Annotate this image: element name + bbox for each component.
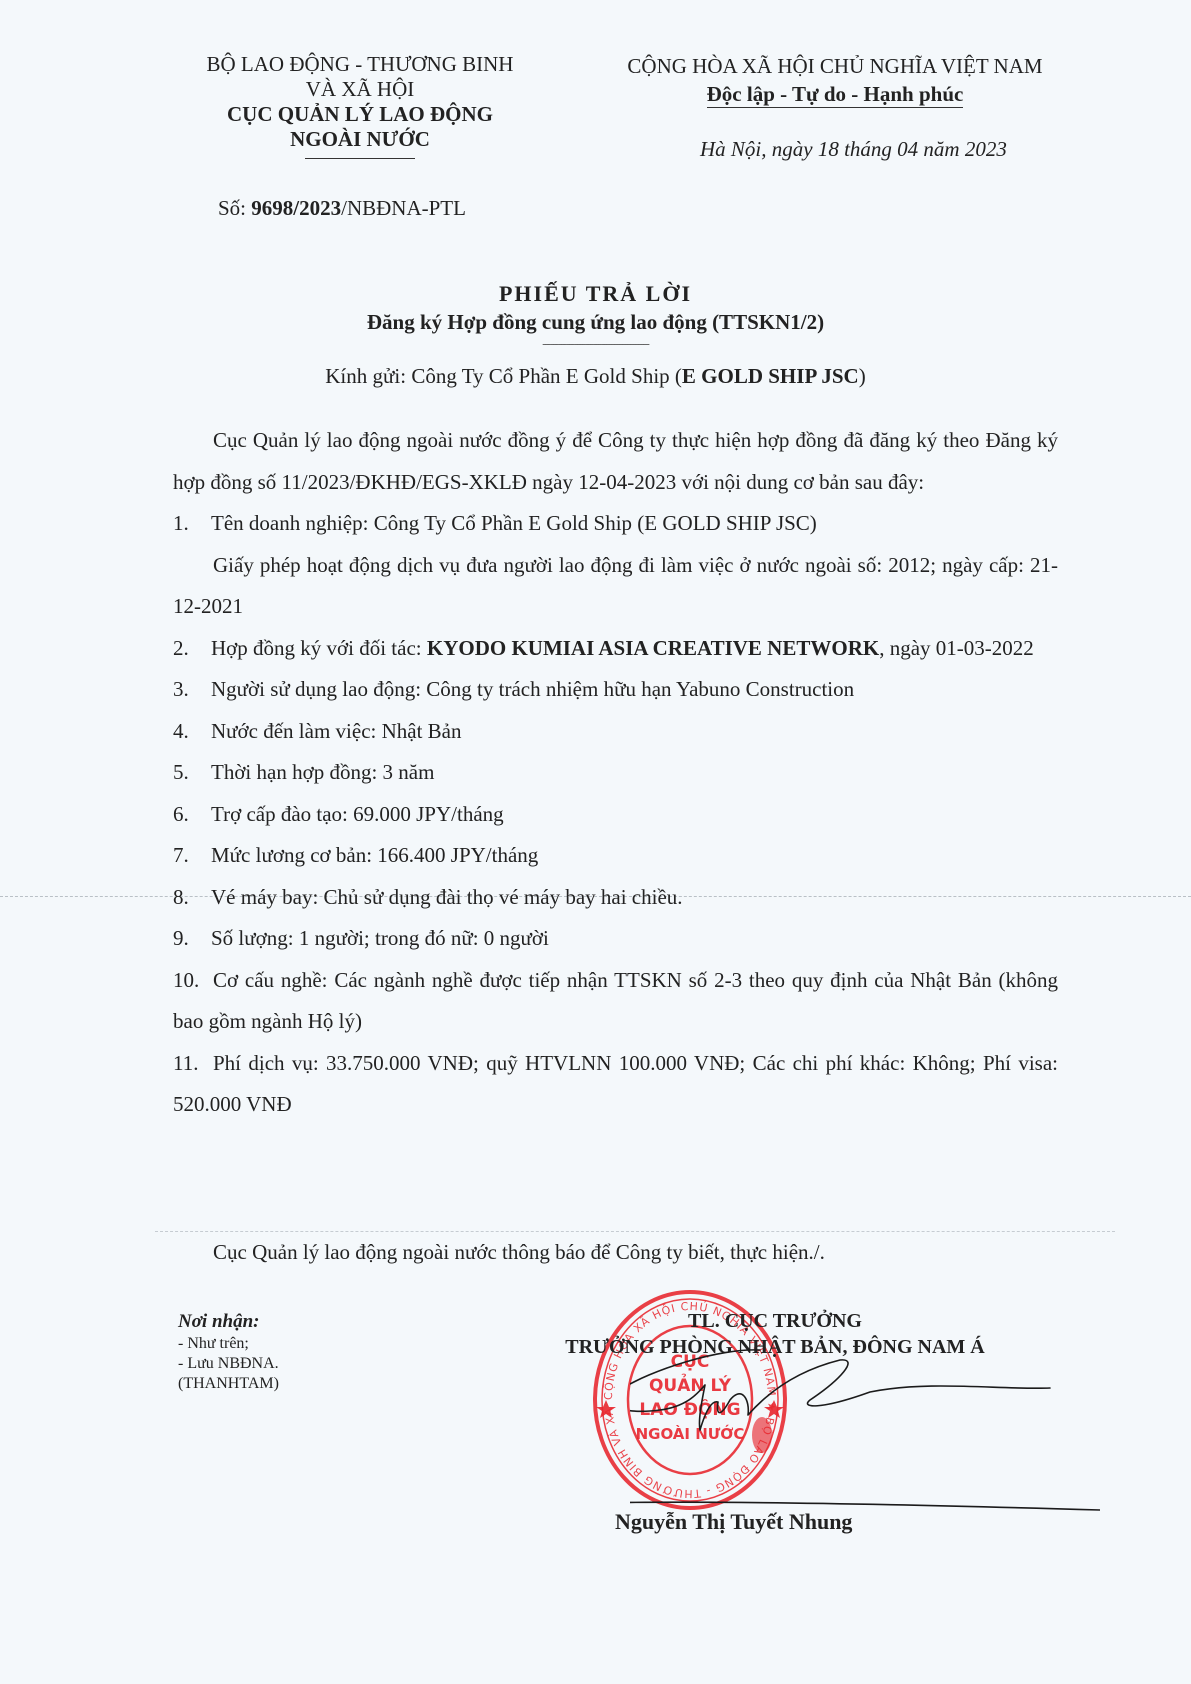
- item-text: Mức lương cơ bản: 166.400 JPY/tháng: [211, 835, 1058, 877]
- handwritten-signature-icon: [630, 1330, 1100, 1530]
- list-item-10: 10.Cơ cấu nghề: Các ngành nghề được tiếp…: [173, 960, 1058, 1043]
- item-number: 1.: [173, 503, 211, 545]
- document-number-label: Số:: [218, 196, 251, 220]
- item-text: Cơ cấu nghề: Các ngành nghề được tiếp nh…: [173, 968, 1058, 1034]
- recipient-item: (THANHTAM): [178, 1374, 279, 1394]
- department-line-1: CỤC QUẢN LÝ LAO ĐỘNG: [160, 102, 560, 127]
- closing-statement: Cục Quản lý lao động ngoài nước thông bá…: [213, 1240, 825, 1265]
- item-text: Người sử dụng lao động: Công ty trách nh…: [211, 669, 1058, 711]
- item-number: 10.: [173, 960, 213, 1002]
- item-number: 2.: [173, 628, 211, 670]
- list-item-1: 1. Tên doanh nghiệp: Công Ty Cổ Phần E G…: [173, 503, 1058, 545]
- list-item-6: 6. Trợ cấp đào tạo: 69.000 JPY/tháng: [173, 794, 1058, 836]
- item-text: Thời hạn hợp đồng: 3 năm: [211, 752, 1058, 794]
- recipients-block: Nơi nhận: - Như trên; - Lưu NBĐNA. (THAN…: [178, 1310, 279, 1394]
- item-label: Tên doanh nghiệp:: [211, 511, 374, 535]
- date-line: Hà Nội, ngày 18 tháng 04 năm 2023: [700, 137, 1007, 162]
- item-number: 7.: [173, 835, 211, 877]
- item-number: 3.: [173, 669, 211, 711]
- department-line-2: NGOÀI NƯỚC: [160, 127, 560, 152]
- ministry-line-1: BỘ LAO ĐỘNG - THƯƠNG BINH: [160, 52, 560, 77]
- item-number: 4.: [173, 711, 211, 753]
- item-text: Số lượng: 1 người; trong đó nữ: 0 người: [211, 918, 1058, 960]
- list-item-4: 4. Nước đến làm việc: Nhật Bản: [173, 711, 1058, 753]
- recipients-label: Nơi nhận:: [178, 1310, 279, 1334]
- item-label: Hợp đồng ký với đối tác:: [211, 636, 427, 660]
- document-subtitle: Đăng ký Hợp đồng cung ứng lao động (TTSK…: [0, 308, 1191, 336]
- addressee-suffix: ): [859, 364, 866, 388]
- country-name: CỘNG HÒA XÃ HỘI CHỦ NGHĨA VIỆT NAM: [585, 52, 1085, 80]
- header-divider: [305, 158, 415, 159]
- national-header: CỘNG HÒA XÃ HỘI CHỦ NGHĨA VIỆT NAM Độc l…: [585, 52, 1085, 108]
- item-text: Phí dịch vụ: 33.750.000 VNĐ; quỹ HTVLNN …: [173, 1051, 1058, 1117]
- item-text: Nước đến làm việc: Nhật Bản: [211, 711, 1058, 753]
- item-text: Trợ cấp đào tạo: 69.000 JPY/tháng: [211, 794, 1058, 836]
- addressee-company-short: E GOLD SHIP JSC: [682, 364, 859, 388]
- title-divider: ----------------------------------------: [0, 336, 1191, 352]
- list-item-5: 5. Thời hạn hợp đồng: 3 năm: [173, 752, 1058, 794]
- document-title-block: PHIẾU TRẢ LỜI Đăng ký Hợp đồng cung ứng …: [0, 280, 1191, 352]
- item-number: 9.: [173, 918, 211, 960]
- partner-name: KYODO KUMIAI ASIA CREATIVE NETWORK: [427, 636, 879, 660]
- list-item-2: 2.Hợp đồng ký với đối tác: KYODO KUMIAI …: [173, 628, 1058, 670]
- document-title: PHIẾU TRẢ LỜI: [0, 280, 1191, 308]
- list-item-3: 3. Người sử dụng lao động: Công ty trách…: [173, 669, 1058, 711]
- document-number: Số: 9698/2023/NBĐNA-PTL: [218, 196, 466, 221]
- recipient-item: - Như trên;: [178, 1334, 279, 1354]
- item-number: 8.: [173, 877, 211, 919]
- list-item-7: 7. Mức lương cơ bản: 166.400 JPY/tháng: [173, 835, 1058, 877]
- list-item-8: 8. Vé máy bay: Chủ sử dụng đài thọ vé má…: [173, 877, 1058, 919]
- ministry-line-2: VÀ XÃ HỘI: [160, 77, 560, 102]
- item-number: 6.: [173, 794, 211, 836]
- addressee: Kính gửi: Công Ty Cổ Phần E Gold Ship (E…: [0, 364, 1191, 389]
- document-number-value: 9698/2023: [251, 196, 341, 220]
- scan-artifact-line: [155, 1231, 1115, 1232]
- item-suffix: , ngày 01-03-2022: [879, 636, 1034, 660]
- document-body: Cục Quản lý lao động ngoài nước đồng ý đ…: [173, 420, 1058, 1126]
- addressee-prefix: Kính gửi: Công Ty Cổ Phần E Gold Ship (: [325, 364, 682, 388]
- intro-paragraph: Cục Quản lý lao động ngoài nước đồng ý đ…: [173, 420, 1058, 503]
- issuing-authority: BỘ LAO ĐỘNG - THƯƠNG BINH VÀ XÃ HỘI CỤC …: [160, 52, 560, 159]
- list-item-9: 9. Số lượng: 1 người; trong đó nữ: 0 ngư…: [173, 918, 1058, 960]
- document-page: BỘ LAO ĐỘNG - THƯƠNG BINH VÀ XÃ HỘI CỤC …: [0, 0, 1191, 1684]
- document-number-suffix: /NBĐNA-PTL: [341, 196, 466, 220]
- item-number: 5.: [173, 752, 211, 794]
- item-value: Công Ty Cổ Phần E Gold Ship (E GOLD SHIP…: [374, 511, 817, 535]
- item-text: Vé máy bay: Chủ sử dụng đài thọ vé máy b…: [211, 877, 1058, 919]
- list-item-11: 11.Phí dịch vụ: 33.750.000 VNĐ; quỹ HTVL…: [173, 1043, 1058, 1126]
- license-paragraph: Giấy phép hoạt động dịch vụ đưa người la…: [173, 545, 1058, 628]
- national-motto: Độc lập - Tự do - Hạnh phúc: [707, 82, 964, 108]
- recipient-item: - Lưu NBĐNA.: [178, 1354, 279, 1374]
- item-number: 11.: [173, 1043, 213, 1085]
